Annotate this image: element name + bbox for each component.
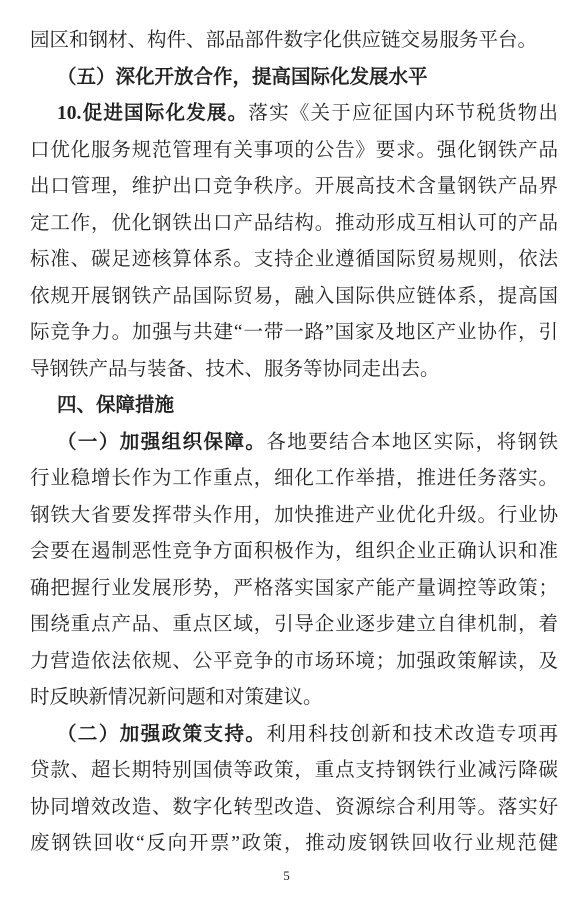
document-page: 园区和钢材、构件、部品部件数字化供应链交易服务平台。（五）深化开放合作，提高国际… xyxy=(0,0,573,910)
text-run: 口优化服务规范管理有关事项的公告》要求。强化钢铁产品 xyxy=(30,140,558,161)
text-line: 废钢铁回收“反向开票”政策，推动废钢铁回收行业规范健 xyxy=(30,826,558,863)
text-run: 钢铁大省要发挥带头作用，加快推进产业优化升级。行业协 xyxy=(30,505,558,526)
text-run: 导钢铁产品与装备、技术、服务等协同走出去。 xyxy=(30,359,440,380)
text-run: 协同增效改造、数字化转型改造、资源综合利用等。落实好 xyxy=(30,797,558,818)
text-line: 际竞争力。加强与共建“一带一路”国家及地区产业协作，引 xyxy=(30,315,558,352)
text-line: 贷款、超长期特别国债等政策，重点支持钢铁行业减污降碳 xyxy=(30,753,558,790)
text-line: 标准、碳足迹核算体系。支持企业遵循国际贸易规则，依法 xyxy=(30,242,558,279)
text-run: 定工作，优化钢铁出口产品结构。推动形成互相认可的产品 xyxy=(30,213,558,234)
bold-text-run: 10.促进国际化发展。 xyxy=(57,103,248,124)
bold-text-run: （二）加强政策支持。 xyxy=(57,724,266,745)
text-line: 力营造依法依规、公平竞争的市场环境；加强政策解读，及 xyxy=(30,644,558,681)
text-line: 口优化服务规范管理有关事项的公告》要求。强化钢铁产品 xyxy=(30,133,558,170)
text-line: 出口管理，维护出口竞争秩序。开展高技术含量钢铁产品界 xyxy=(30,169,558,206)
text-run: 依规开展钢铁产品国际贸易，融入国际供应链体系，提高国 xyxy=(30,286,558,307)
text-run: 园区和钢材、构件、部品部件数字化供应链交易服务平台。 xyxy=(30,30,537,51)
text-line: 协同增效改造、数字化转型改造、资源综合利用等。落实好 xyxy=(30,790,558,827)
text-line: 围绕重点产品、重点区域，引导企业逐步建立自律机制，着 xyxy=(30,607,558,644)
text-run: 力营造依法依规、公平竞争的市场环境；加强政策解读，及 xyxy=(30,651,558,672)
text-line: 四、保障措施 xyxy=(30,388,558,425)
bold-text-run: （五）深化开放合作，提高国际化发展水平 xyxy=(57,67,428,88)
text-run: 围绕重点产品、重点区域，引导企业逐步建立自律机制，着 xyxy=(30,614,558,635)
text-run: 废钢铁回收“反向开票”政策，推动废钢铁回收行业规范健 xyxy=(30,833,558,854)
text-run: 确把握行业发展形势，严格落实国家产能产量调控等政策； xyxy=(30,578,558,599)
text-run: 会要在遏制恶性竞争方面积极作为，组织企业正确认识和准 xyxy=(30,541,558,562)
text-line: 导钢铁产品与装备、技术、服务等协同走出去。 xyxy=(30,352,558,389)
text-run: 行业稳增长作为工作重点，细化工作举措，推进任务落实。 xyxy=(30,468,558,489)
text-run: 出口管理，维护出口竞争秩序。开展高技术含量钢铁产品界 xyxy=(30,176,558,197)
text-line: 10.促进国际化发展。落实《关于应征国内环节税货物出 xyxy=(30,96,558,133)
text-line: 确把握行业发展形势，严格落实国家产能产量调控等政策； xyxy=(30,571,558,608)
text-run: 贷款、超长期特别国债等政策，重点支持钢铁行业减污降碳 xyxy=(30,760,558,781)
text-run: 各地要结合本地区实际，将钢铁 xyxy=(266,432,558,453)
text-line: 钢铁大省要发挥带头作用，加快推进产业优化升级。行业协 xyxy=(30,498,558,535)
text-line: 依规开展钢铁产品国际贸易，融入国际供应链体系，提高国 xyxy=(30,279,558,316)
text-run: 标准、碳足迹核算体系。支持企业遵循国际贸易规则，依法 xyxy=(30,249,558,270)
text-run: 利用科技创新和技术改造专项再 xyxy=(266,724,558,745)
text-run: 时反映新情况新问题和对策建议。 xyxy=(30,687,323,708)
text-line: （五）深化开放合作，提高国际化发展水平 xyxy=(30,60,558,97)
text-line: 定工作，优化钢铁出口产品结构。推动形成互相认可的产品 xyxy=(30,206,558,243)
page-number: 5 xyxy=(0,868,573,884)
text-run: 落实《关于应征国内环节税货物出 xyxy=(248,103,558,124)
text-line: 会要在遏制恶性竞争方面积极作为，组织企业正确认识和准 xyxy=(30,534,558,571)
text-line: 时反映新情况新问题和对策建议。 xyxy=(30,680,558,717)
text-line: 行业稳增长作为工作重点，细化工作举措，推进任务落实。 xyxy=(30,461,558,498)
text-line: （二）加强政策支持。利用科技创新和技术改造专项再 xyxy=(30,717,558,754)
text-line: （一）加强组织保障。各地要结合本地区实际，将钢铁 xyxy=(30,425,558,462)
document-body: 园区和钢材、构件、部品部件数字化供应链交易服务平台。（五）深化开放合作，提高国际… xyxy=(30,23,558,863)
bold-text-run: 四、保障措施 xyxy=(57,395,174,416)
bold-text-run: （一）加强组织保障。 xyxy=(57,432,266,453)
text-run: 际竞争力。加强与共建“一带一路”国家及地区产业协作，引 xyxy=(30,322,558,343)
text-line: 园区和钢材、构件、部品部件数字化供应链交易服务平台。 xyxy=(30,23,558,60)
